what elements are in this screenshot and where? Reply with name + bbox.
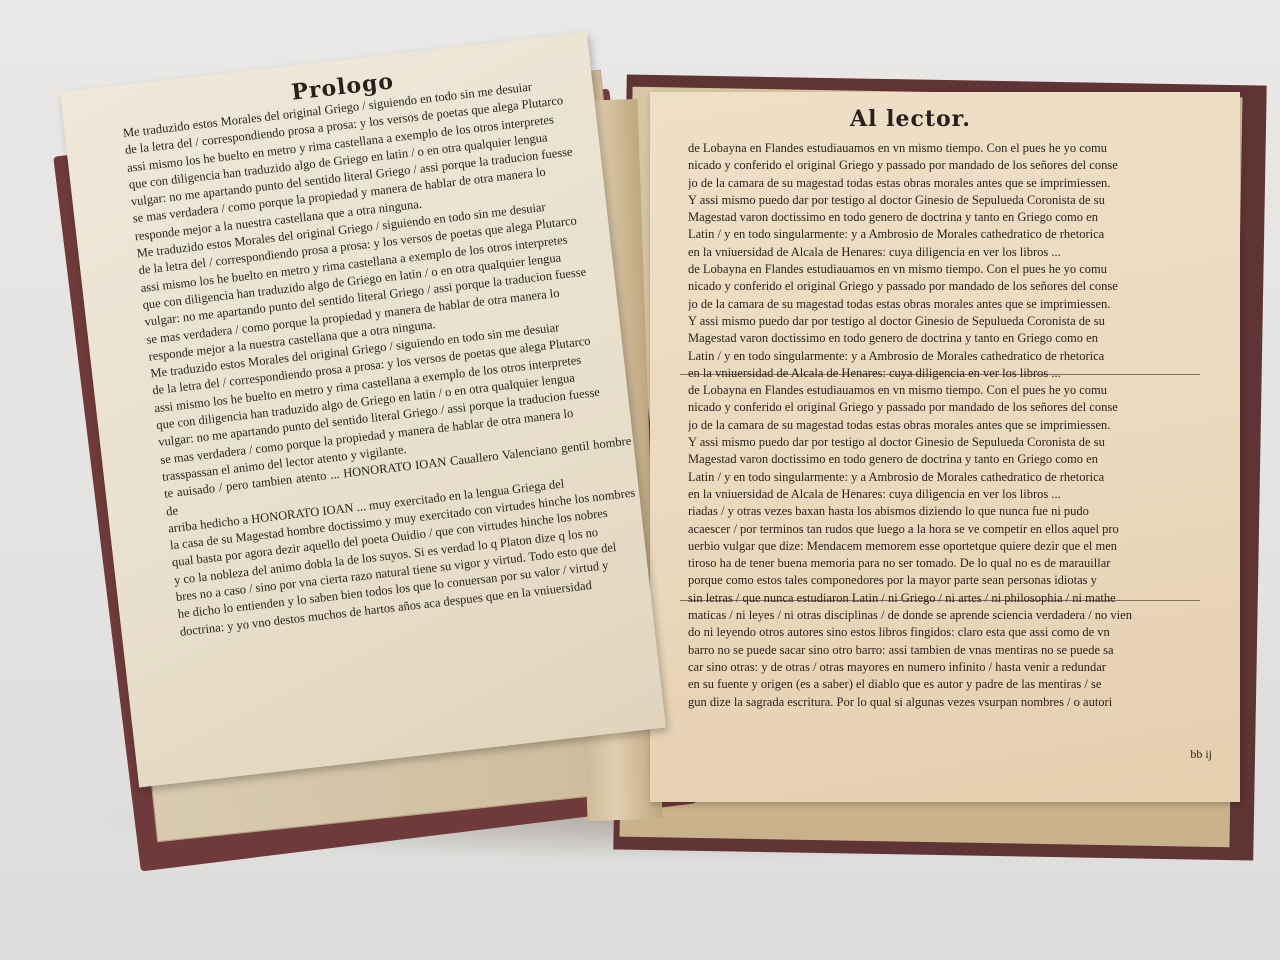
text-line: en su fuente y origen (es a saber) el di… bbox=[688, 676, 1208, 693]
left-page-text: Me traduzido estos Morales del original … bbox=[122, 72, 661, 761]
underline-mark bbox=[680, 374, 1200, 375]
text-line: de Lobayna en Flandes estudiauamos en vn… bbox=[688, 382, 1208, 399]
text-line: jo de la camara de su magestad todas est… bbox=[688, 175, 1208, 192]
text-line: sin letras / que nunca estudiaron Latin … bbox=[688, 590, 1208, 607]
text-line: acaescer / por terminos tan rudos que lu… bbox=[688, 521, 1208, 538]
underline-mark bbox=[680, 600, 1200, 601]
text-line: Y assi mismo puedo dar por testigo al do… bbox=[688, 313, 1208, 330]
text-line: Y assi mismo puedo dar por testigo al do… bbox=[688, 192, 1208, 209]
text-line: riadas / y otras vezes baxan hasta los a… bbox=[688, 503, 1208, 520]
right-page: Al lector. de Lobayna en Flandes estudia… bbox=[650, 92, 1240, 802]
text-line: Y assi mismo puedo dar por testigo al do… bbox=[688, 434, 1208, 451]
text-line: Latin / y en todo singularmente: y a Amb… bbox=[688, 226, 1208, 243]
text-line: gun dize la sagrada escritura. Por lo qu… bbox=[688, 694, 1208, 711]
text-line: de Lobayna en Flandes estudiauamos en vn… bbox=[688, 261, 1208, 278]
text-line: Magestad varon doctissimo en todo genero… bbox=[688, 451, 1208, 468]
text-line: nicado y conferido el original Griego y … bbox=[688, 278, 1208, 295]
signature-mark: bb ij bbox=[1190, 747, 1212, 762]
text-line: uerbio vulgar que dize: Mendacem memorem… bbox=[688, 538, 1208, 555]
text-line: jo de la camara de su magestad todas est… bbox=[688, 296, 1208, 313]
text-line: porque como estos tales componedores por… bbox=[688, 572, 1208, 589]
text-line: barro no se puede sacar sino otro barro:… bbox=[688, 642, 1208, 659]
text-line: en la vniuersidad de Alcala de Henares: … bbox=[688, 244, 1208, 261]
text-line: Magestad varon doctissimo en todo genero… bbox=[688, 209, 1208, 226]
text-line: car sino otras: y de otras / otras mayor… bbox=[688, 659, 1208, 676]
text-line: Magestad varon doctissimo en todo genero… bbox=[688, 330, 1208, 347]
right-page-text: de Lobayna en Flandes estudiauamos en vn… bbox=[688, 140, 1208, 750]
text-line: nicado y conferido el original Griego y … bbox=[688, 399, 1208, 416]
text-line: nicado y conferido el original Griego y … bbox=[688, 157, 1208, 174]
text-line: jo de la camara de su magestad todas est… bbox=[688, 417, 1208, 434]
text-line: Latin / y en todo singularmente: y a Amb… bbox=[688, 348, 1208, 365]
text-line: Latin / y en todo singularmente: y a Amb… bbox=[688, 469, 1208, 486]
right-page-heading: Al lector. bbox=[850, 106, 971, 132]
text-line: de Lobayna en Flandes estudiauamos en vn… bbox=[688, 140, 1208, 157]
left-page: Prologo Me traduzido estos Morales del o… bbox=[60, 32, 666, 787]
text-line: en la vniuersidad de Alcala de Henares: … bbox=[688, 486, 1208, 503]
text-line: tiroso ha de tener buena memoria para no… bbox=[688, 555, 1208, 572]
text-line: do ni leyendo otros autores sino estos l… bbox=[688, 624, 1208, 641]
text-line: maticas / ni leyes / ni otras disciplina… bbox=[688, 607, 1208, 624]
